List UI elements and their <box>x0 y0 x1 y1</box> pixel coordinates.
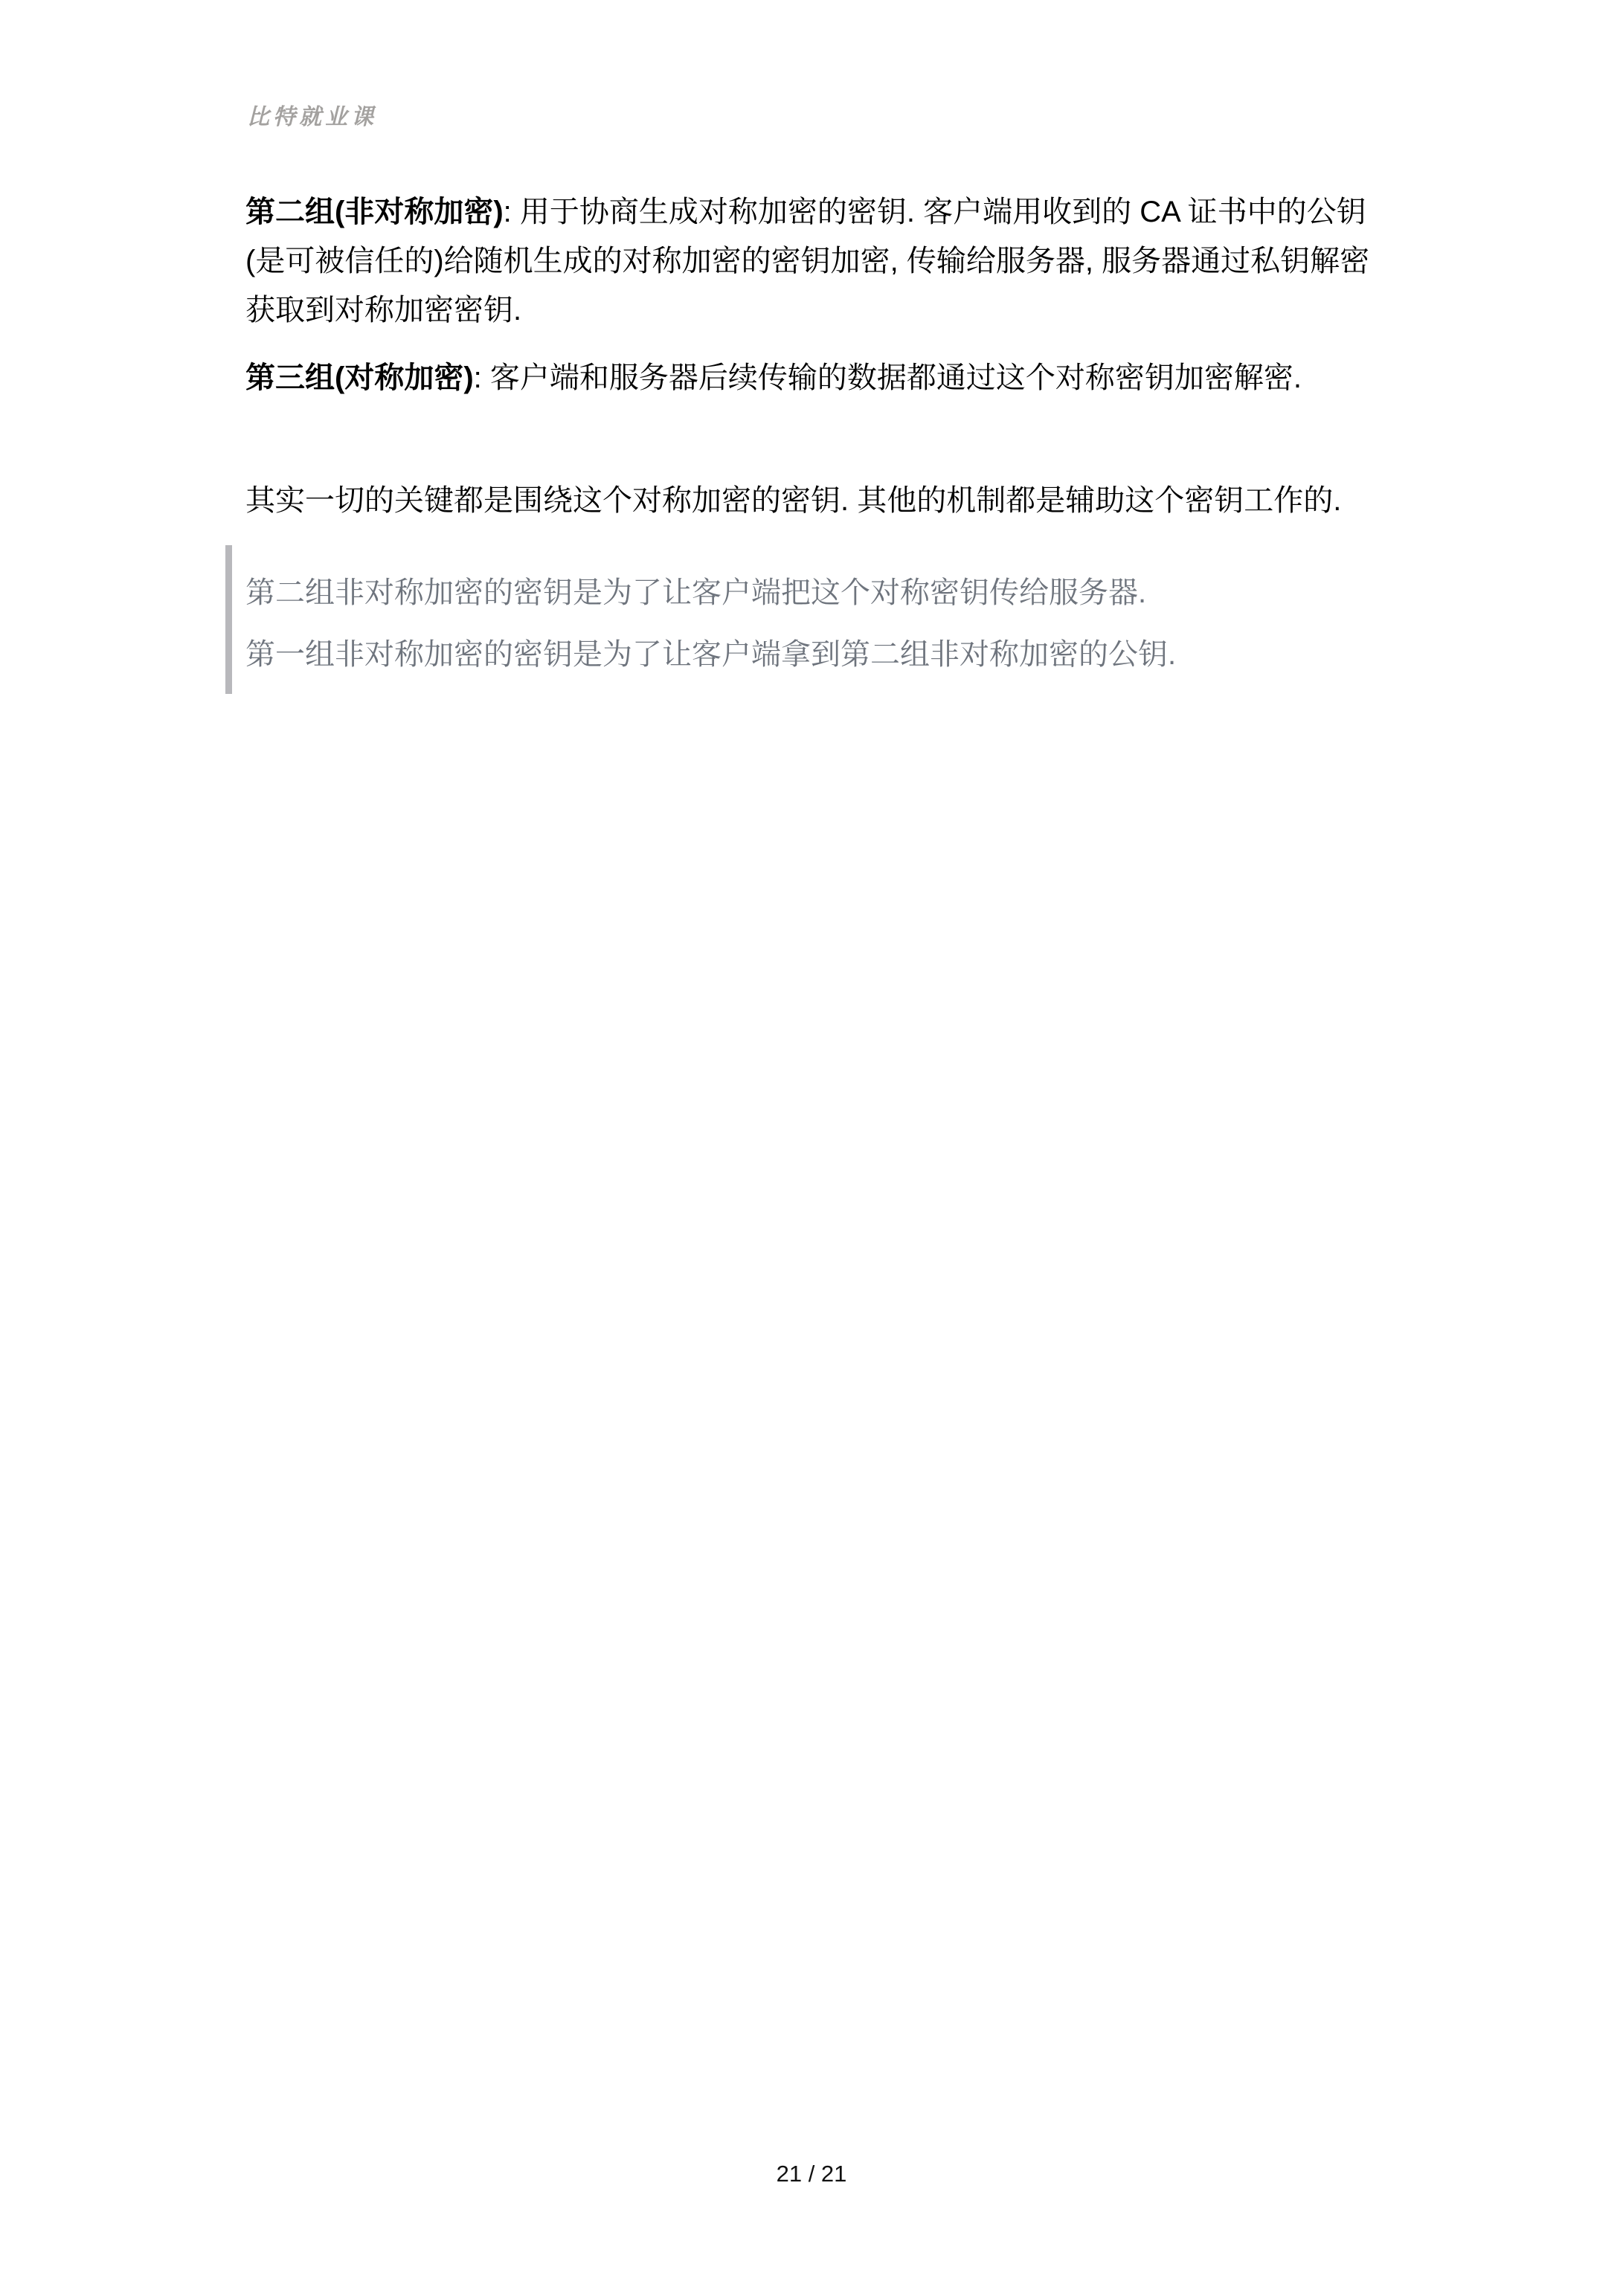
document-page: 比特就业课 第二组(非对称加密): 用于协商生成对称加密的密钥. 客户端用收到的… <box>0 0 1623 2296</box>
paragraph-group2: 第二组(非对称加密): 用于协商生成对称加密的密钥. 客户端用收到的 CA 证书… <box>245 187 1372 335</box>
paragraph-summary-body: 其实一切的关键都是围绕这个对称加密的密钥. 其他的机制都是辅助这个密钥工作的. <box>245 484 1341 517</box>
page-number: 21 / 21 <box>777 2161 847 2187</box>
paragraph-group3: 第三组(对称加密): 客户端和服务器后续传输的数据都通过这个对称密钥加密解密. <box>245 353 1372 402</box>
paragraph-group3-body: : 客户端和服务器后续传输的数据都通过这个对称密钥加密解密. <box>474 361 1302 394</box>
page-footer: 21 / 21 <box>0 2160 1623 2188</box>
paragraph-group3-heading: 第三组(对称加密) <box>245 361 474 394</box>
paragraph-group2-heading: 第二组(非对称加密) <box>245 196 504 228</box>
brand-logo: 比特就业课 <box>247 98 377 131</box>
quote-line-2: 第一组非对称加密的密钥是为了让客户端拿到第二组非对称加密的公钥. <box>245 630 1380 679</box>
quote-line-1: 第二组非对称加密的密钥是为了让客户端把这个对称密钥传给服务器. <box>245 568 1380 617</box>
paragraph-summary: 其实一切的关键都是围绕这个对称加密的密钥. 其他的机制都是辅助这个密钥工作的. <box>245 476 1372 525</box>
note-blockquote: 第二组非对称加密的密钥是为了让客户端把这个对称密钥传给服务器. 第一组非对称加密… <box>225 545 1380 694</box>
